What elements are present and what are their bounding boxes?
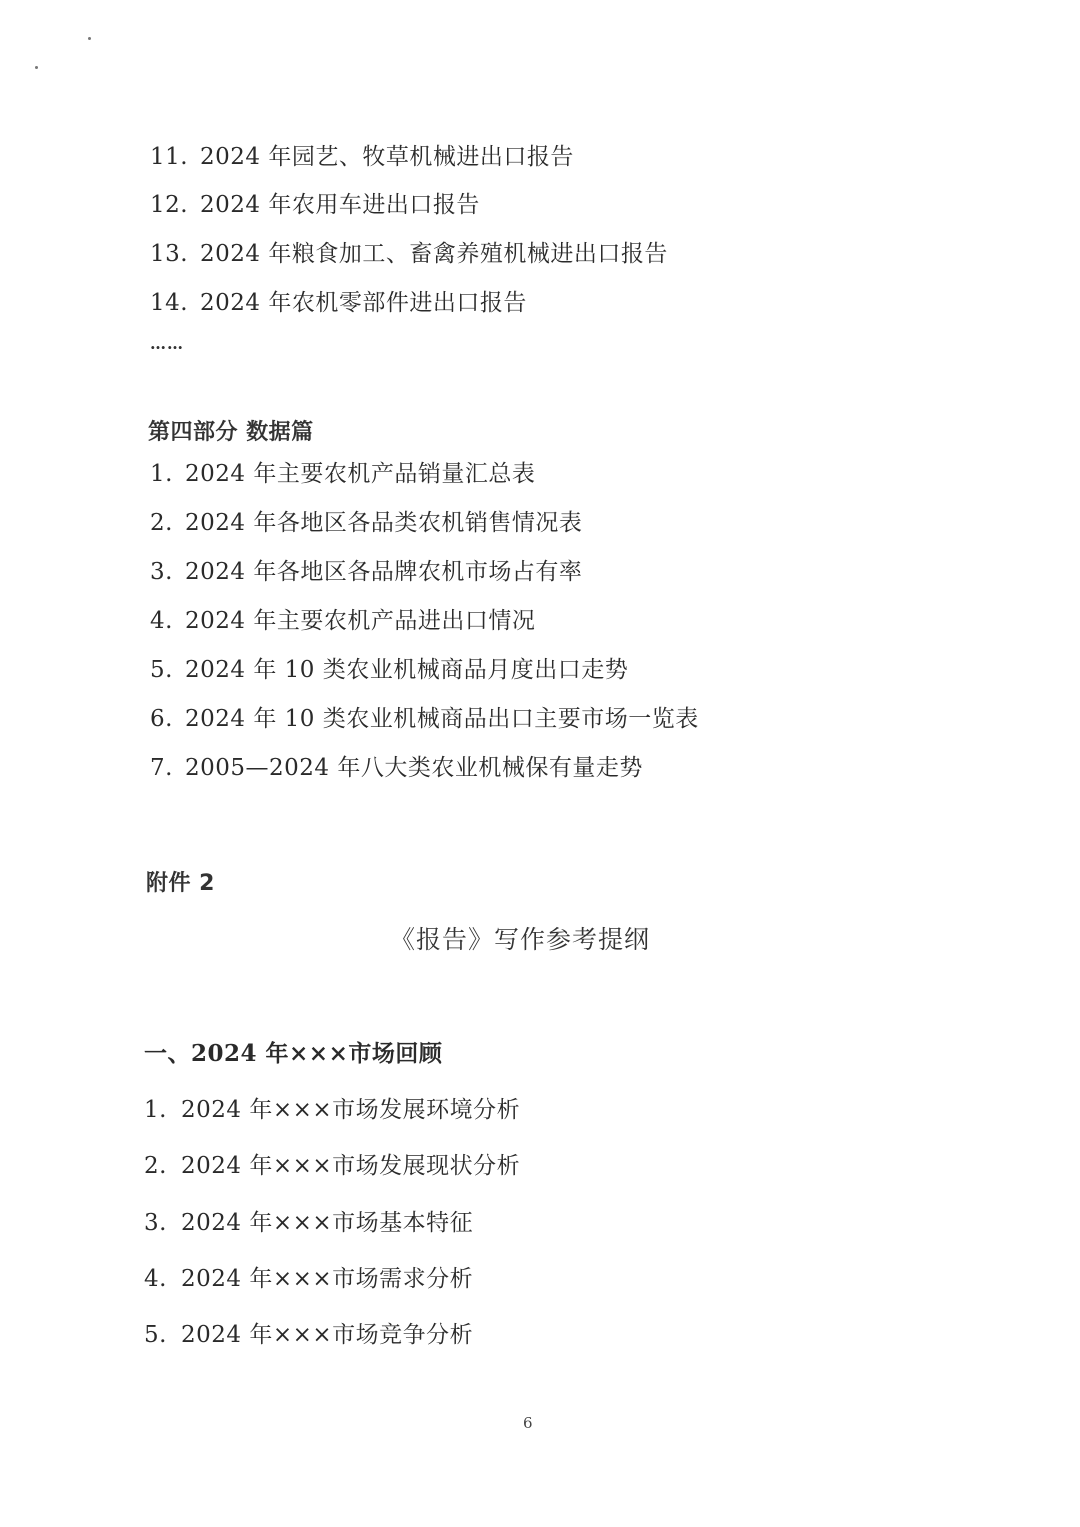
list-item: 3.2024 年×××市场基本特征 bbox=[144, 1204, 473, 1237]
scan-speck bbox=[35, 66, 38, 69]
list-item: 2.2024 年×××市场发展现状分析 bbox=[144, 1147, 520, 1180]
item-number: 11. bbox=[150, 144, 200, 170]
list-item: 3.2024 年各地区各品牌农机市场占有率 bbox=[150, 553, 582, 586]
item-number: 3. bbox=[144, 1210, 181, 1236]
item-text: 2024 年 10 类农业机械商品月度出口走势 bbox=[185, 657, 628, 683]
item-number: 1. bbox=[144, 1097, 181, 1123]
list-item: 5.2024 年×××市场竞争分析 bbox=[144, 1316, 473, 1349]
item-number: 6. bbox=[150, 706, 185, 732]
item-text: 2024 年主要农机产品销量汇总表 bbox=[185, 461, 535, 487]
ellipsis: …… bbox=[150, 334, 184, 353]
attachment-label: 附件 2 bbox=[146, 866, 215, 897]
list-item: 4.2024 年×××市场需求分析 bbox=[144, 1260, 473, 1293]
item-text: 2024 年×××市场基本特征 bbox=[181, 1210, 473, 1236]
item-number: 5. bbox=[144, 1322, 181, 1348]
list-item: 1.2024 年×××市场发展环境分析 bbox=[144, 1091, 520, 1124]
item-number: 2. bbox=[144, 1153, 181, 1179]
item-text: 2024 年各地区各品类农机销售情况表 bbox=[185, 510, 582, 536]
section-heading: 一、2024 年×××市场回顾 bbox=[144, 1035, 442, 1068]
item-text: 2024 年×××市场竞争分析 bbox=[181, 1322, 473, 1348]
list-item: 14.2024 年农机零部件进出口报告 bbox=[150, 284, 527, 317]
section-heading: 第四部分 数据篇 bbox=[148, 415, 314, 446]
list-item: 7.2005—2024 年八大类农业机械保有量走势 bbox=[150, 749, 643, 782]
document-title: 《报告》写作参考提纲 bbox=[390, 920, 650, 956]
scan-speck bbox=[88, 37, 91, 40]
list-item: 1.2024 年主要农机产品销量汇总表 bbox=[150, 455, 535, 488]
item-text: 2024 年主要农机产品进出口情况 bbox=[185, 608, 535, 634]
item-text: 2024 年 10 类农业机械商品出口主要市场一览表 bbox=[185, 706, 699, 732]
item-text: 2024 年×××市场需求分析 bbox=[181, 1266, 473, 1292]
item-text: 2024 年各地区各品牌农机市场占有率 bbox=[185, 559, 582, 585]
item-text: 2005—2024 年八大类农业机械保有量走势 bbox=[185, 755, 643, 781]
item-number: 3. bbox=[150, 559, 185, 585]
item-number: 12. bbox=[150, 192, 200, 218]
item-number: 14. bbox=[150, 290, 200, 316]
item-number: 4. bbox=[150, 608, 185, 634]
item-text: 2024 年农机零部件进出口报告 bbox=[200, 290, 527, 316]
item-number: 2. bbox=[150, 510, 185, 536]
item-number: 1. bbox=[150, 461, 185, 487]
item-text: 2024 年×××市场发展环境分析 bbox=[181, 1097, 520, 1123]
item-number: 5. bbox=[150, 657, 185, 683]
list-item: 13.2024 年粮食加工、畜禽养殖机械进出口报告 bbox=[150, 235, 668, 268]
item-text: 2024 年粮食加工、畜禽养殖机械进出口报告 bbox=[200, 241, 668, 267]
list-item: 4.2024 年主要农机产品进出口情况 bbox=[150, 602, 535, 635]
list-item: 6.2024 年 10 类农业机械商品出口主要市场一览表 bbox=[150, 700, 699, 733]
item-number: 4. bbox=[144, 1266, 181, 1292]
list-item: 11.2024 年园艺、牧草机械进出口报告 bbox=[150, 138, 574, 171]
item-number: 7. bbox=[150, 755, 185, 781]
item-text: 2024 年园艺、牧草机械进出口报告 bbox=[200, 144, 574, 170]
list-item: 5.2024 年 10 类农业机械商品月度出口走势 bbox=[150, 651, 628, 684]
list-item: 2.2024 年各地区各品类农机销售情况表 bbox=[150, 504, 582, 537]
item-number: 13. bbox=[150, 241, 200, 267]
list-item: 12.2024 年农用车进出口报告 bbox=[150, 186, 480, 219]
item-text: 2024 年农用车进出口报告 bbox=[200, 192, 480, 218]
item-text: 2024 年×××市场发展现状分析 bbox=[181, 1153, 520, 1179]
page-number: 6 bbox=[523, 1414, 533, 1432]
